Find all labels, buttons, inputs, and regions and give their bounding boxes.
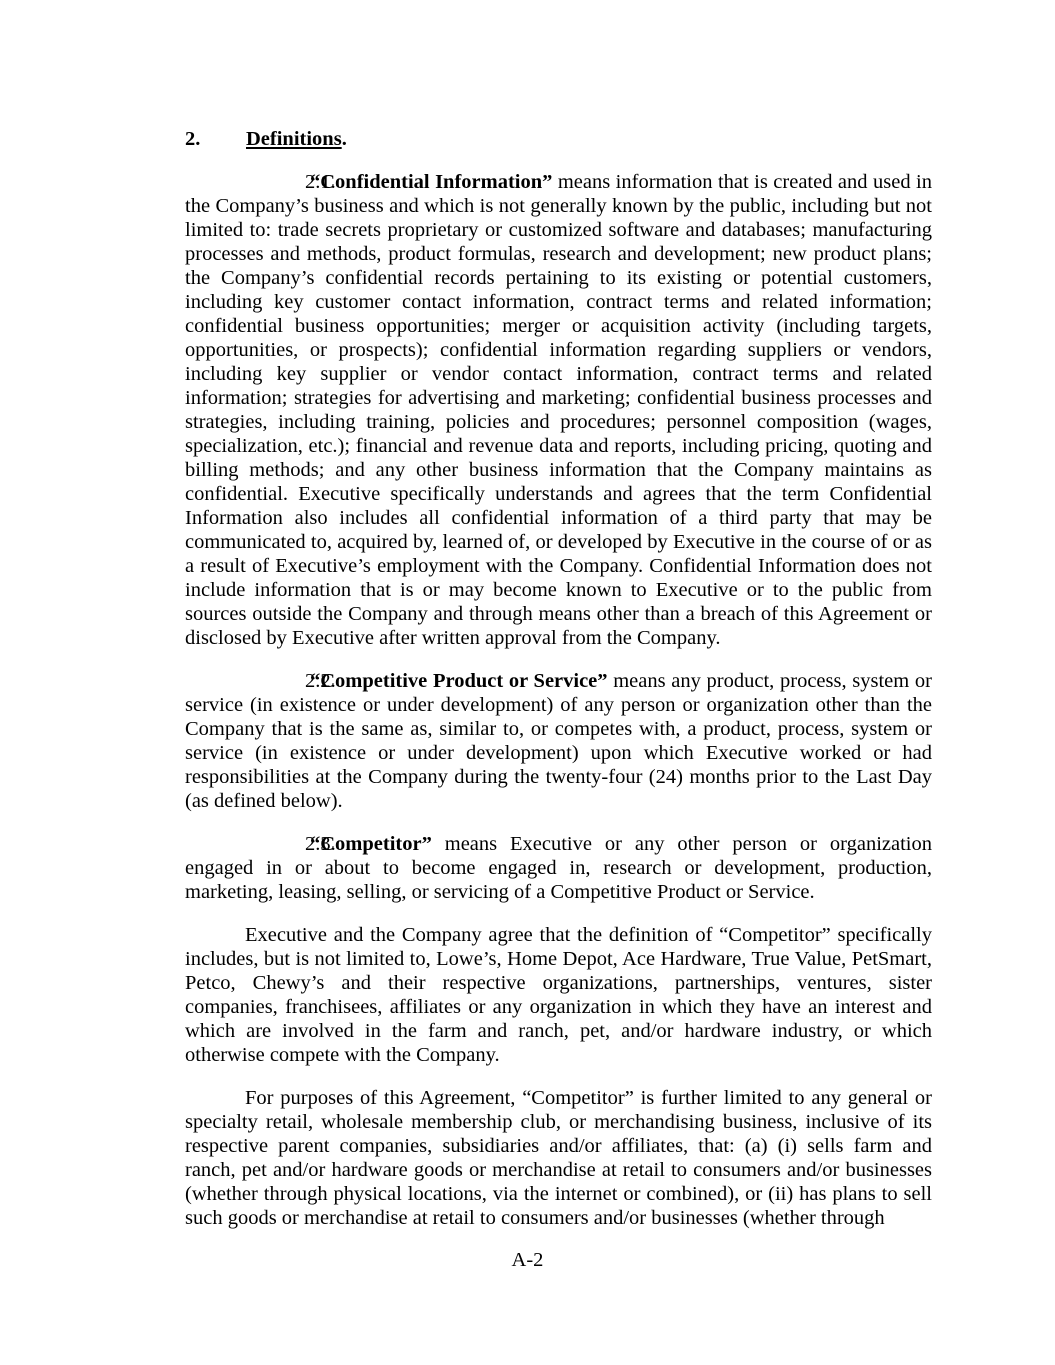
section-title: Definitions [246,128,342,150]
page-number: A-2 [0,1248,1055,1272]
paragraph-2-1: 2.1.“Confidential Information” means inf… [185,170,932,650]
clause-number-2-1: 2.1. [245,170,310,194]
paragraph-competitor-examples: Executive and the Company agree that the… [185,923,932,1067]
paragraph-competitor-limitation: For purposes of this Agreement, “Competi… [185,1086,932,1230]
paragraph-2-3: 2.3.“Competitor” means Executive or any … [185,832,932,904]
section-number: 2. [185,127,246,151]
clause-body-competitor-limitation: For purposes of this Agreement, “Competi… [185,1087,932,1229]
defined-term-competitive-product-or-service: “Competitive Product or Service” [310,670,608,692]
section-title-period: . [342,128,347,150]
section-heading: 2.Definitions. [185,127,932,151]
paragraph-2-2: 2.2.“Competitive Product or Service” mea… [185,669,932,813]
clause-number-2-2: 2.2. [245,669,310,693]
clause-number-2-3: 2.3. [245,832,310,856]
defined-term-competitor: “Competitor” [310,833,432,855]
clause-body-2-1: means information that is created and us… [185,171,932,649]
document-page: 2.Definitions. 2.1.“Confidential Informa… [0,0,1055,1365]
clause-body-competitor-examples: Executive and the Company agree that the… [185,924,932,1066]
defined-term-confidential-information: “Confidential Information” [310,171,552,193]
